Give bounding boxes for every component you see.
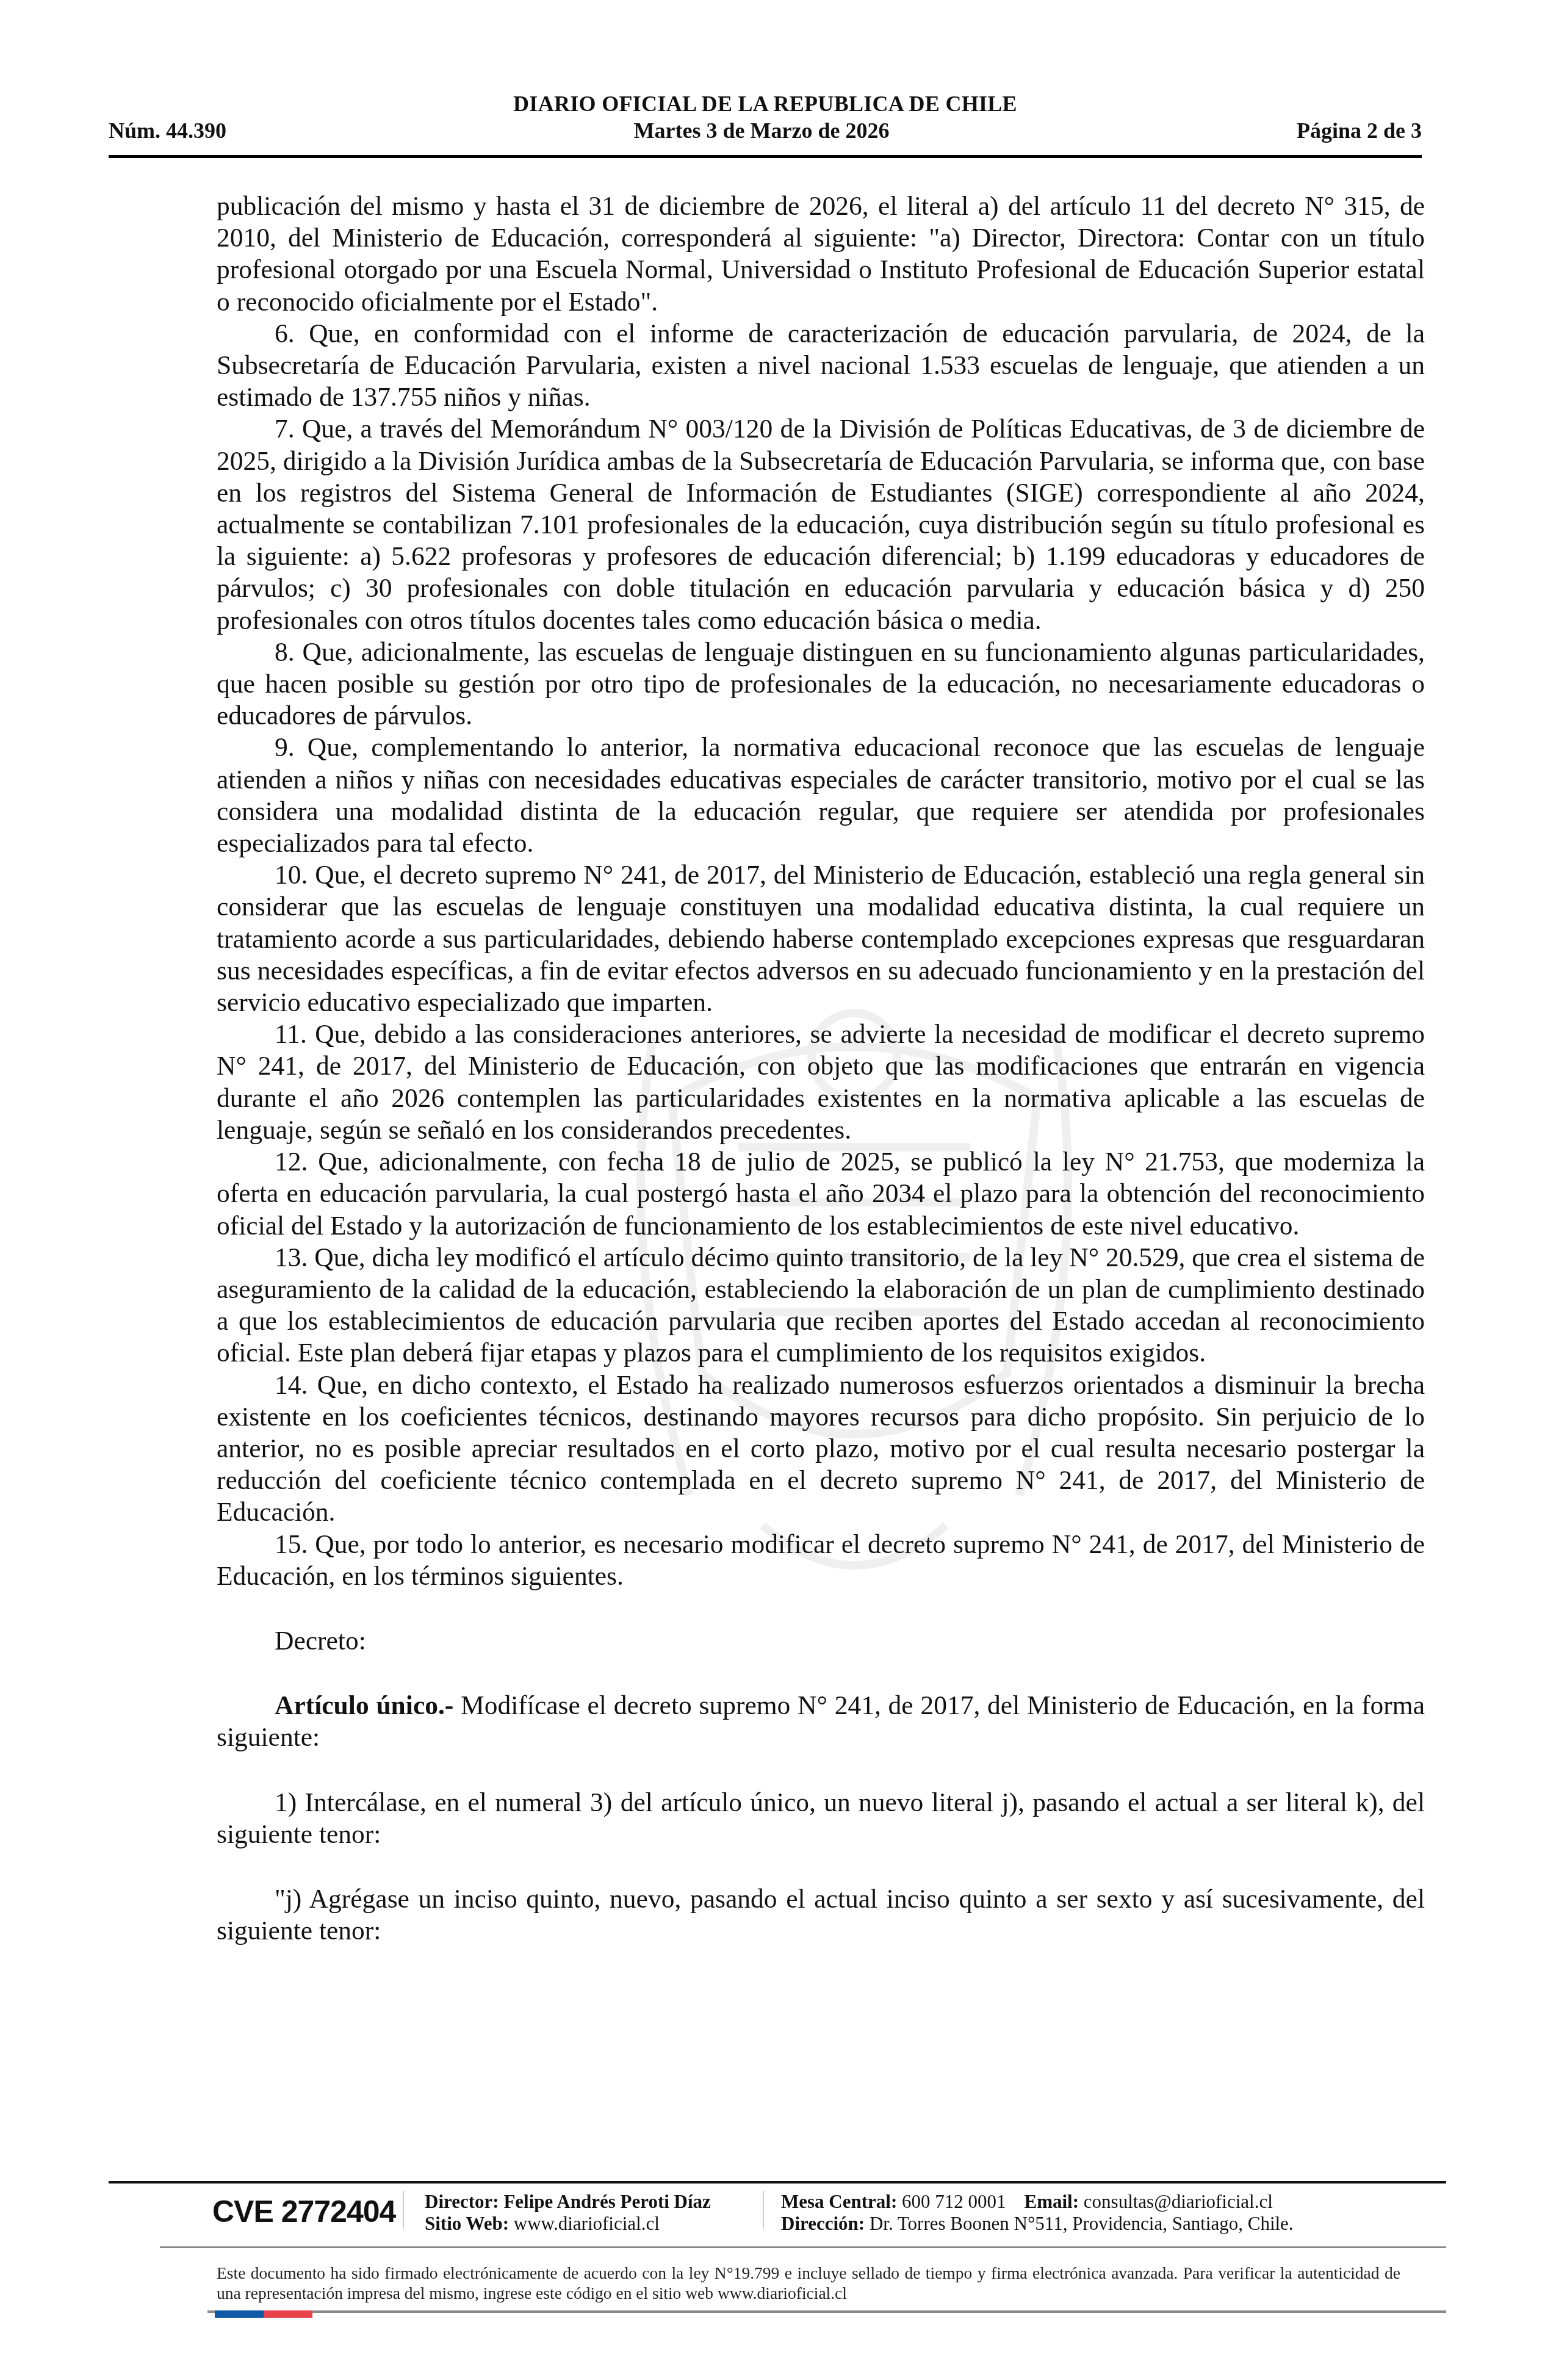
- website-link[interactable]: www.diarioficial.cl: [509, 2213, 660, 2234]
- item-1: 1) Intercálase, en el numeral 3) del art…: [217, 1787, 1425, 1850]
- website-label: Sitio Web:: [425, 2213, 509, 2234]
- footer-top-rule: [109, 2181, 1446, 2183]
- paragraph-8: 8. Que, adicionalmente, las escuelas de …: [217, 636, 1425, 732]
- paragraph-continuation: publicación del mismo y hasta el 31 de d…: [217, 190, 1425, 318]
- paragraph-15: 15. Que, por todo lo anterior, es necesa…: [217, 1529, 1425, 1592]
- footer-bottom-rule: [207, 2310, 1446, 2313]
- paragraph-14: 14. Que, en dicho contexto, el Estado ha…: [217, 1369, 1425, 1529]
- articulo-unico: Artículo único.- Modifícase el decreto s…: [217, 1690, 1425, 1753]
- footer-contact-block: Mesa Central: 600 712 0001Email: consult…: [781, 2191, 1294, 2235]
- page-indicator: Página 2 de 3: [1297, 117, 1422, 144]
- paragraph-9: 9. Que, complementando lo anterior, la n…: [217, 732, 1425, 859]
- page-footer: CVE 2772404 Director: Felipe Andrés Pero…: [109, 2190, 1446, 2245]
- item-j: "j) Agrégase un inciso quinto, nuevo, pa…: [217, 1883, 1425, 1947]
- footer-divider: [403, 2191, 404, 2229]
- paragraph-7: 7. Que, a través del Memorándum N° 003/1…: [217, 413, 1425, 636]
- footer-divider: [763, 2191, 764, 2229]
- paragraph-6: 6. Que, en conformidad con el informe de…: [217, 318, 1425, 414]
- footer-director-block: Director: Felipe Andrés Peroti Díaz Siti…: [425, 2191, 711, 2235]
- phone-label: Mesa Central:: [781, 2191, 897, 2212]
- decreto-heading: Decreto:: [217, 1625, 1425, 1657]
- director-label: Director:: [425, 2191, 499, 2212]
- email-link[interactable]: consultas@diarioficial.cl: [1079, 2191, 1273, 2212]
- address-label: Dirección:: [781, 2213, 865, 2234]
- paragraph-12: 12. Que, adicionalmente, con fecha 18 de…: [217, 1146, 1425, 1242]
- footer-mid-rule: [160, 2246, 1446, 2248]
- page-header: DIARIO OFICIAL DE LA REPUBLICA DE CHILE …: [109, 92, 1422, 144]
- director-name: Felipe Andrés Peroti Díaz: [499, 2191, 711, 2212]
- flag-stripe-blue: [215, 2310, 264, 2318]
- electronic-signature-note: Este documento ha sido firmado electróni…: [217, 2263, 1400, 2303]
- publication-title: DIARIO OFICIAL DE LA REPUBLICA DE CHILE: [109, 92, 1422, 116]
- paragraph-10: 10. Que, el decreto supremo N° 241, de 2…: [217, 859, 1425, 1019]
- flag-stripe-red: [264, 2310, 312, 2318]
- paragraph-11: 11. Que, debido a las consideraciones an…: [217, 1019, 1425, 1146]
- email-label: Email:: [1025, 2191, 1079, 2212]
- address-text: Dr. Torres Boonen N°511, Providencia, Sa…: [865, 2213, 1293, 2234]
- cve-code: CVE 2772404: [212, 2193, 395, 2230]
- phone-number: 600 712 0001: [897, 2191, 1006, 2212]
- issue-date: Martes 3 de Marzo de 2026: [634, 117, 890, 144]
- issue-number: Núm. 44.390: [109, 117, 226, 144]
- paragraph-13: 13. Que, dicha ley modificó el artículo …: [217, 1242, 1425, 1369]
- header-rule: [109, 155, 1422, 158]
- document-body: publicación del mismo y hasta el 31 de d…: [217, 190, 1425, 1947]
- articulo-label: Artículo único.-: [275, 1691, 453, 1720]
